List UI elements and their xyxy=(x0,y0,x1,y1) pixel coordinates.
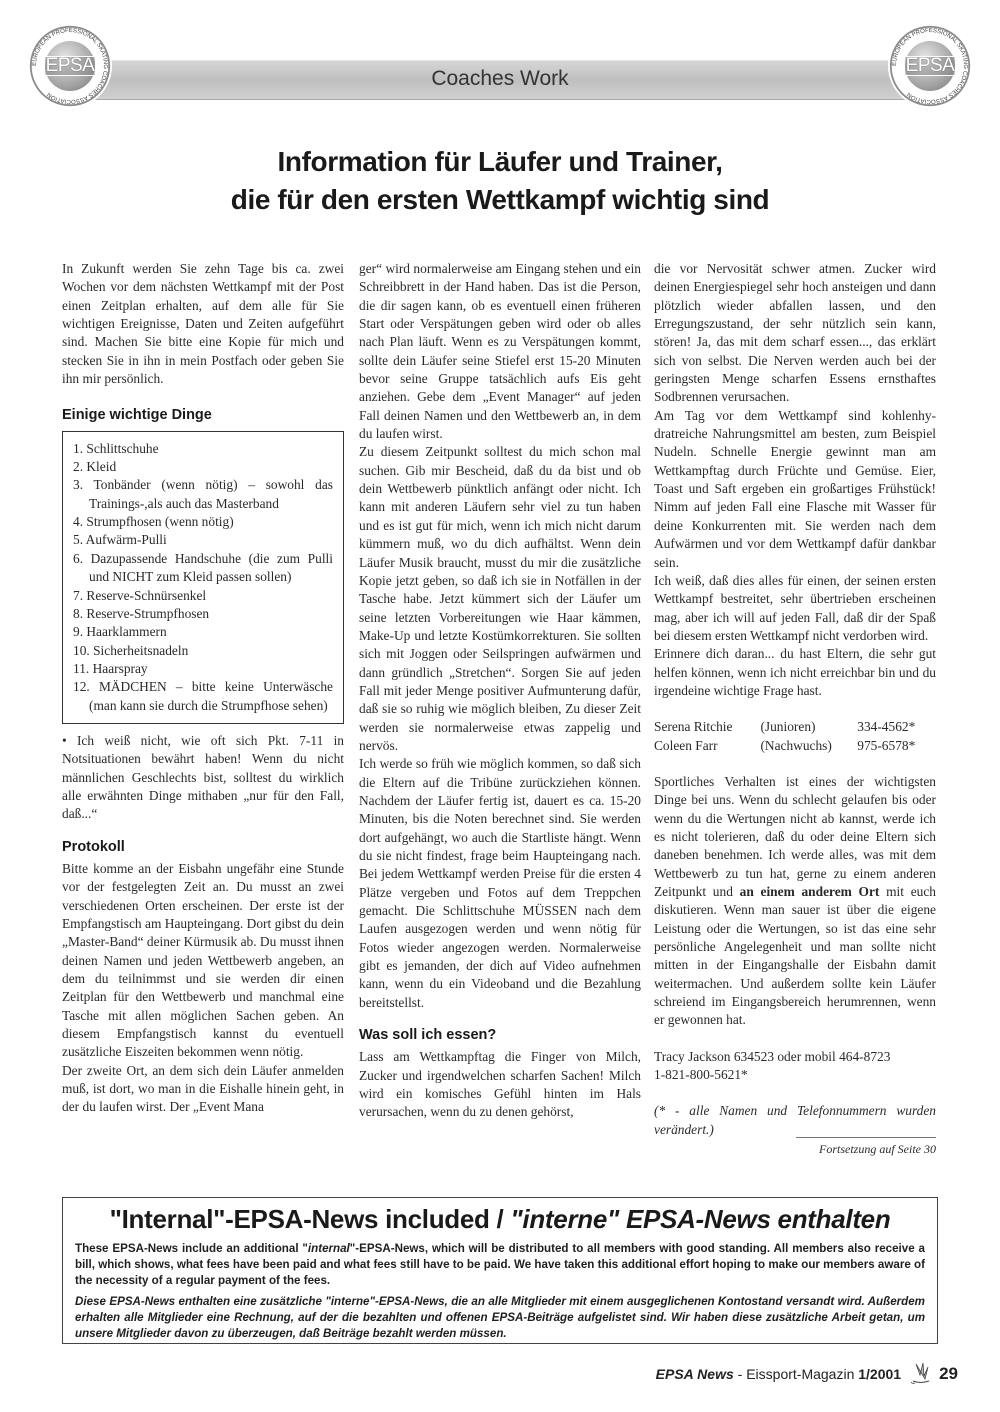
contact-phone: 334-4562* xyxy=(857,718,936,736)
epsa-logo-right: EUROPEAN PROFESSIONAL SKATING COACHES AS… xyxy=(888,24,972,108)
checklist-item: 9. Haarklammern xyxy=(73,623,333,641)
logo-core: EPSA xyxy=(45,41,95,91)
emphasis-text: an einem anderem Ort xyxy=(740,884,880,899)
section-header-band: Coaches Work xyxy=(75,60,925,100)
checklist-item: 3. Tonbänder (wenn nötig) – sowohl das T… xyxy=(73,476,333,513)
checklist-item: 7. Reserve-Schnürsenkel xyxy=(73,587,333,605)
article-column-2: ger“ wird normalerweise am Eingang stehe… xyxy=(359,260,641,1122)
page-footer: EPSA News - Eissport-Magazin 1/2001 29 xyxy=(656,1361,958,1387)
page-number: 29 xyxy=(939,1364,958,1384)
epsa-logo-left: EUROPEAN PROFESSIONAL SKATING COACHES AS… xyxy=(28,24,112,108)
checklist-item: 5. Aufwärm-Pulli xyxy=(73,531,333,549)
sportsmanship-paragraph: Sportliches Verhalten ist eines der wich… xyxy=(654,773,936,1030)
contact-phone: 975-6578* xyxy=(857,737,936,755)
logo-core: EPSA xyxy=(905,41,955,91)
banner-title: "Internal"-EPSA-News included / "interne… xyxy=(75,1204,925,1235)
checklist-item: 1. Schlittschuhe xyxy=(73,440,333,458)
intro-paragraph: In Zukunft werden Sie zehn Tage bis ca. … xyxy=(62,260,344,388)
protocol-paragraph-1: Bitte komme an der Eisbahn ungefähr eine… xyxy=(62,860,344,1062)
protocol-heading: Protokoll xyxy=(62,838,344,856)
article-title: Information für Läufer und Trainer, die … xyxy=(0,143,1000,219)
checklist-item: 12. MÄDCHEN – bitte keine Unterwä­sche (… xyxy=(73,678,333,715)
contact-name: Coleen Farr xyxy=(654,737,760,755)
paragraph: die vor Nervosität schwer atmen. Zucker … xyxy=(654,260,936,407)
checklist-item: 6. Dazupassende Handschuhe (die zum Pull… xyxy=(73,550,333,587)
checklist-item: 2. Kleid xyxy=(73,458,333,476)
contact-group: (Junioren) xyxy=(760,718,857,736)
footnote: (* - alle Namen und Telefonnummern wurde… xyxy=(654,1102,936,1139)
contacts-table: Serena Ritchie (Junioren) 334-4562* Cole… xyxy=(654,718,936,755)
banner-text-german: Diese EPSA-News enthalten eine zusätzlic… xyxy=(75,1294,925,1341)
contact-row: Serena Ritchie (Junioren) 334-4562* xyxy=(654,718,936,736)
contact-group: (Nachwuchs) xyxy=(760,737,857,755)
banner-text-english: These EPSA-News include an additional "i… xyxy=(75,1241,925,1288)
contact-name: Serena Ritchie xyxy=(654,718,760,736)
paragraph: Erinnere dich daran... du hast Eltern, d… xyxy=(654,645,936,700)
food-heading: Was soll ich essen? xyxy=(359,1026,641,1044)
internal-news-banner: "Internal"-EPSA-News included / "interne… xyxy=(62,1197,938,1344)
paragraph: Zu diesem Zeitpunkt solltest du mich sch… xyxy=(359,443,641,755)
signoff-line-1: Tracy Jackson 634523 oder mobil 464-8723 xyxy=(654,1048,936,1066)
title-line-1: Information für Läufer und Trainer, xyxy=(0,143,1000,181)
checklist-note: • Ich weiß nicht, wie oft sich Pkt. 7-11… xyxy=(62,732,344,824)
paragraph: Am Tag vor dem Wettkampf sind kohlenhy­d… xyxy=(654,407,936,572)
paragraph: Ich werde so früh wie möglich kommen, so… xyxy=(359,755,641,1012)
continued-on-page: Fortsetzung auf Seite 30 xyxy=(796,1137,936,1158)
checklist-item: 10. Sicherheitsnadeln xyxy=(73,642,333,660)
section-title: Coaches Work xyxy=(75,67,925,91)
signoff-line-2: 1-821-800-5621* xyxy=(654,1066,936,1084)
checklist-heading: Einige wichtige Dinge xyxy=(62,406,344,424)
food-paragraph: Lass am Wettkampftag die Finger von Milc… xyxy=(359,1048,641,1121)
skater-figure-icon xyxy=(907,1361,933,1387)
title-line-2: die für den ersten Wettkampf wichtig sin… xyxy=(0,181,1000,219)
footer-source: EPSA News - Eissport-Magazin 1/2001 xyxy=(656,1366,901,1382)
checklist-box: 1. Schlittschuhe 2. Kleid 3. Tonbänder (… xyxy=(62,431,344,724)
checklist: 1. Schlittschuhe 2. Kleid 3. Tonbänder (… xyxy=(73,440,333,715)
checklist-item: 4. Strumpfhosen (wenn nötig) xyxy=(73,513,333,531)
article-column-3: die vor Nervosität schwer atmen. Zucker … xyxy=(654,260,936,1158)
paragraph: ger“ wird normalerweise am Eingang stehe… xyxy=(359,260,641,443)
protocol-paragraph-2: Der zweite Ort, an dem sich dein Läufer … xyxy=(62,1062,344,1117)
paragraph: Ich weiß, daß dies alles für einen, der … xyxy=(654,572,936,645)
contact-row: Coleen Farr (Nachwuchs) 975-6578* xyxy=(654,737,936,755)
checklist-item: 11. Haarspray xyxy=(73,660,333,678)
checklist-item: 8. Reserve-Strumpfhosen xyxy=(73,605,333,623)
article-column-1: In Zukunft werden Sie zehn Tage bis ca. … xyxy=(62,260,344,1117)
